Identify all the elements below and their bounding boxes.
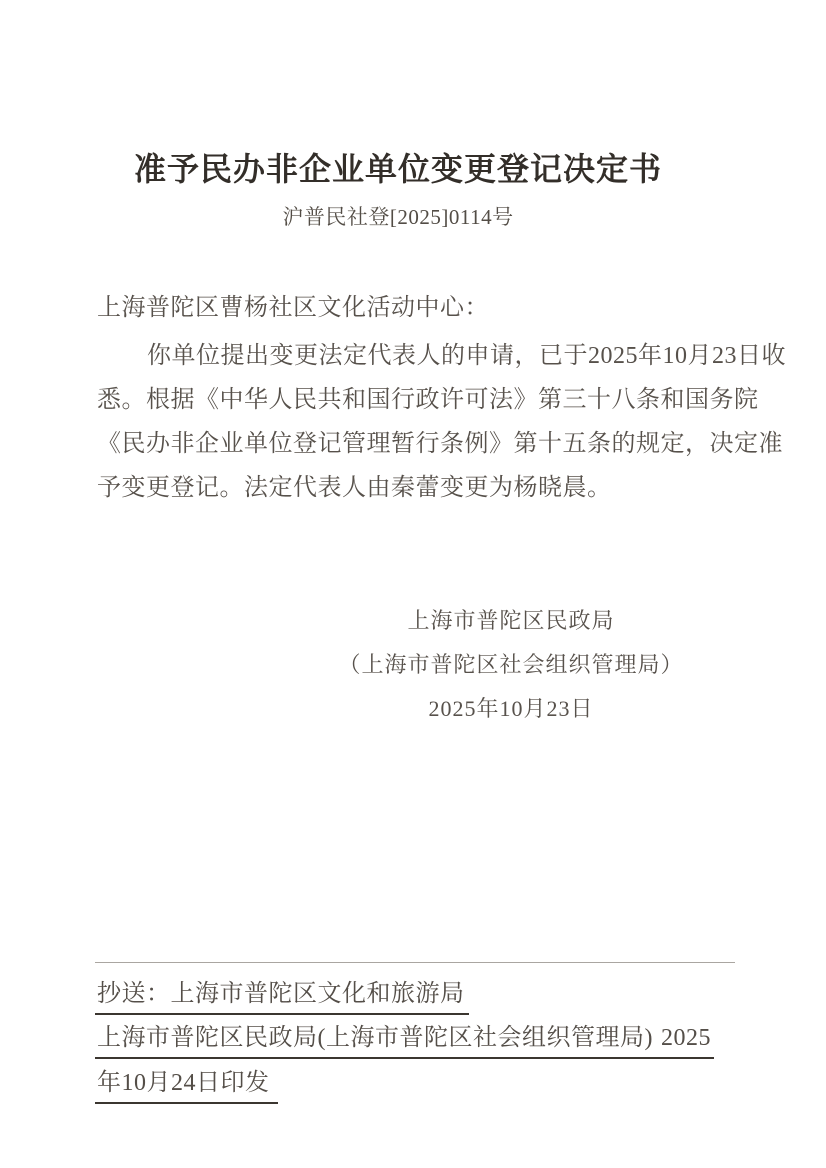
document-title: 准予民办非企业单位变更登记决定书 <box>80 144 716 190</box>
footer-issuer-line: 上海市普陀区民政局(上海市普陀区社会组织管理局) 2025 <box>95 1017 714 1059</box>
footer-separator-rule <box>95 962 735 963</box>
body-paragraph-line-1: 你单位提出变更法定代表人的申请，已于2025年10月23日收 <box>147 335 786 370</box>
signature-organization: 上海市普陀区民政局 <box>330 604 692 635</box>
document-page: 准予民办非企业单位变更登记决定书 沪普民社登[2025]0114号 上海普陀区曹… <box>0 0 826 1168</box>
body-paragraph-line-2: 悉。根据《中华人民共和国行政许可法》第三十八条和国务院 <box>97 379 759 414</box>
body-paragraph-line-4: 予变更登记。法定代表人由秦蕾变更为杨晓晨。 <box>97 467 612 502</box>
signature-organization-alias: （上海市普陀区社会组织管理局） <box>330 648 692 679</box>
footer-print-year: 2025 <box>661 1025 711 1052</box>
footer-issuer-text: 上海市普陀区民政局(上海市普陀区社会组织管理局) <box>97 1017 653 1052</box>
signature-date: 2025年10月23日 <box>330 692 692 723</box>
document-number: 沪普民社登[2025]0114号 <box>80 201 716 231</box>
body-paragraph-line-3: 《民办非企业单位登记管理暂行条例》第十五条的规定，决定准 <box>97 423 783 458</box>
addressee-line: 上海普陀区曹杨社区文化活动中心： <box>97 287 489 322</box>
footer-print-date-line: 年10月24日印发 <box>95 1062 278 1104</box>
footer-cc-line: 抄送：上海市普陀区文化和旅游局 <box>95 973 469 1015</box>
